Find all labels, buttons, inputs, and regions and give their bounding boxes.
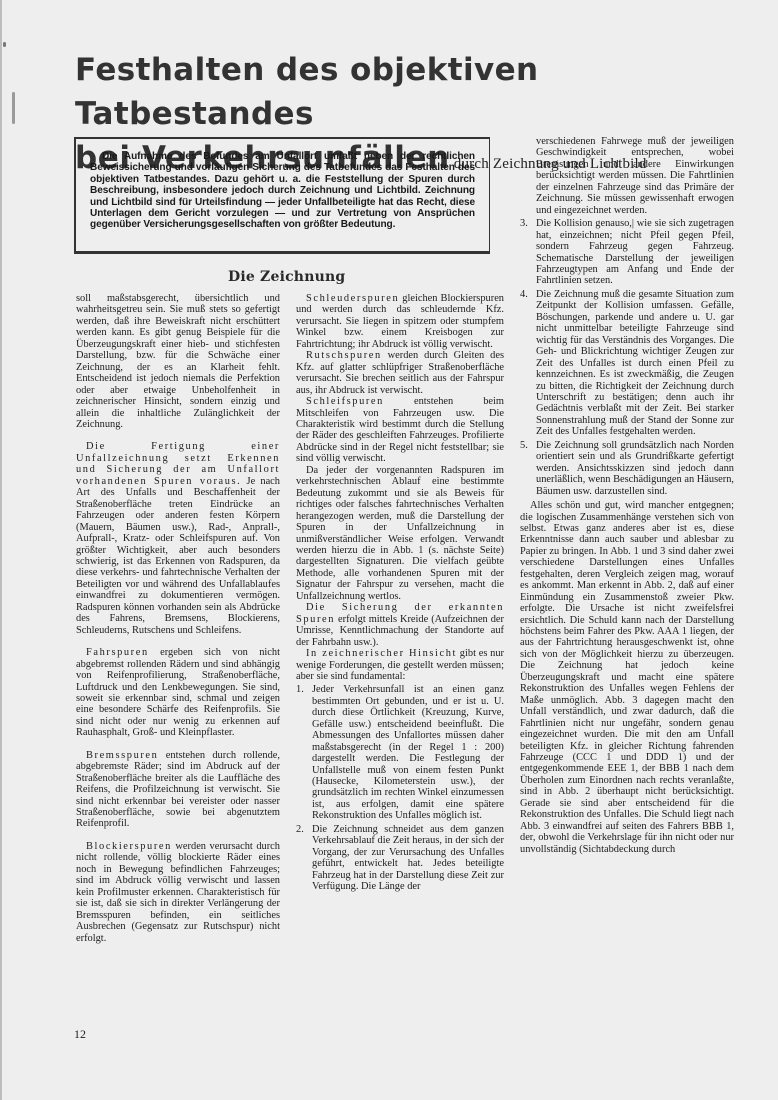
paragraph: soll maßstabsgerecht, übersichtlich und … — [76, 293, 280, 430]
paragraph: Fahrspuren ergeben sich von nicht abgebr… — [76, 647, 280, 739]
spaced-text: In zeichnerischer Hinsicht — [306, 648, 457, 659]
list-item: 3.Die Kollision genauso,| wie sie sich z… — [520, 218, 734, 287]
column-3: verschiedenen Fahrwege muß der jeweilige… — [520, 136, 734, 855]
page-edge-shadow — [0, 0, 2, 1100]
paragraph: Alles schön und gut, wird mancher entgeg… — [520, 500, 734, 855]
paragraph: Blockierspuren werden verursacht durch n… — [76, 841, 280, 944]
list-number: 1. — [296, 684, 304, 695]
scan-smudge — [3, 42, 6, 47]
term-fahrspuren: Fahrspuren — [86, 647, 149, 658]
term-rutschspuren: Rutschspuren — [306, 350, 382, 361]
paragraph-text: entstehen durch rollende, abgebremste Rä… — [76, 750, 280, 830]
list-item: 5.Die Zeichnung soll grundsätzlich nach … — [520, 440, 734, 497]
paragraph-text: ergeben sich von nicht abgebremst rollen… — [76, 647, 280, 738]
list-number: 2. — [296, 824, 304, 835]
list-item-text: Die Zeichnung soll grundsätzlich nach No… — [536, 440, 734, 497]
list-item: 1.Jeder Verkehrsunfall ist an einen ganz… — [296, 684, 504, 821]
paragraph: In zeichnerischer Hinsicht gibt es nur w… — [296, 648, 504, 682]
list-item: 4.Die Zeichnung muß die gesamte Situatio… — [520, 289, 734, 438]
paragraph: Rutschspuren werden durch Gleiten des Kf… — [296, 350, 504, 396]
term-schleuderspuren: Schleuderspuren — [306, 293, 399, 304]
paragraph: Da jeder der vorgenannten Radspuren im v… — [296, 465, 504, 602]
column-2: Schleuderspuren gleichen Blockierspuren … — [296, 293, 504, 893]
section-heading: Die Zeichnung — [228, 269, 345, 285]
list-item: 2.Die Zeichnung schneidet aus dem ganzen… — [296, 824, 504, 893]
list-item-text: Die Zeichnung muß die gesamte Situation … — [536, 289, 734, 437]
paragraph: Die Fertigung einer Unfallzeichnung setz… — [76, 441, 280, 636]
page-number: 12 — [74, 1027, 86, 1042]
paragraph: Schleuderspuren gleichen Blockierspuren … — [296, 293, 504, 350]
term-bremsspuren: Bremsspuren — [86, 750, 158, 761]
paragraph: Bremsspuren entstehen durch rollende, ab… — [76, 750, 280, 830]
scan-smudge — [12, 92, 15, 124]
title-line-1: Festhalten des objektiven Tatbestandes — [75, 48, 778, 136]
list-item: verschiedenen Fahrwege muß der jeweilige… — [520, 136, 734, 216]
lead-paragraph: Die Aufnahme des Befundes am Unfallort u… — [90, 151, 475, 231]
paragraph-text: Je nach Art des Unfalls und Beschaffenhe… — [76, 476, 280, 636]
list-item-text: Die Zeichnung schneidet aus dem ganzen V… — [312, 824, 504, 892]
term-blockierspuren: Blockierspuren — [86, 841, 172, 852]
list-item-text: Jeder Verkehrsunfall ist an einen ganz b… — [312, 684, 504, 821]
list-item-text: Die Kollision genauso,| wie sie sich zug… — [536, 218, 734, 286]
paragraph: Schleifspuren entstehen beim Mitschleife… — [296, 396, 504, 465]
requirements-list: 1.Jeder Verkehrsunfall ist an einen ganz… — [296, 684, 504, 892]
list-number: 5. — [520, 440, 528, 451]
column-1: soll maßstabsgerecht, übersichtlich und … — [76, 293, 280, 944]
lead-box: Die Aufnahme des Befundes am Unfallort u… — [74, 137, 490, 254]
scanned-page: Festhalten des objektiven Tatbestandes b… — [0, 0, 778, 1100]
term-schleifspuren: Schleifspuren — [306, 396, 384, 407]
list-item-text: verschiedenen Fahrwege muß der jeweilige… — [536, 136, 734, 216]
list-number: 4. — [520, 289, 528, 300]
paragraph-text: werden verursacht durch nicht rollende, … — [76, 841, 280, 944]
paragraph: Die Sicherung der erkannten Spuren erfol… — [296, 602, 504, 648]
requirements-list-continued: verschiedenen Fahrwege muß der jeweilige… — [520, 136, 734, 497]
list-number: 3. — [520, 218, 528, 229]
